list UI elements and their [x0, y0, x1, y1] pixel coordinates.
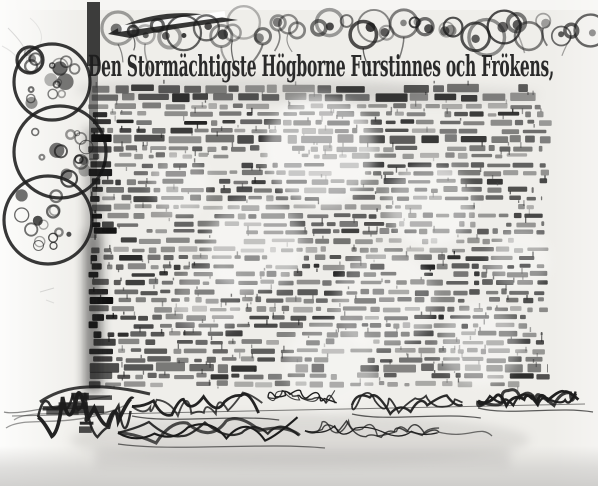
bottom-shadow-core: [95, 448, 510, 468]
right-margin-light: [552, 0, 598, 486]
manuscript-scan-image: Den Stormächtigste Högborne Furstinnes o…: [0, 0, 598, 486]
heading-blackletter-text: Den Stormächtigste Högborne Furstinnes o…: [88, 49, 554, 83]
document-scan: Den Stormächtigste Högborne Furstinnes o…: [0, 0, 598, 486]
left-edge-ink-smudges: [84, 128, 102, 392]
